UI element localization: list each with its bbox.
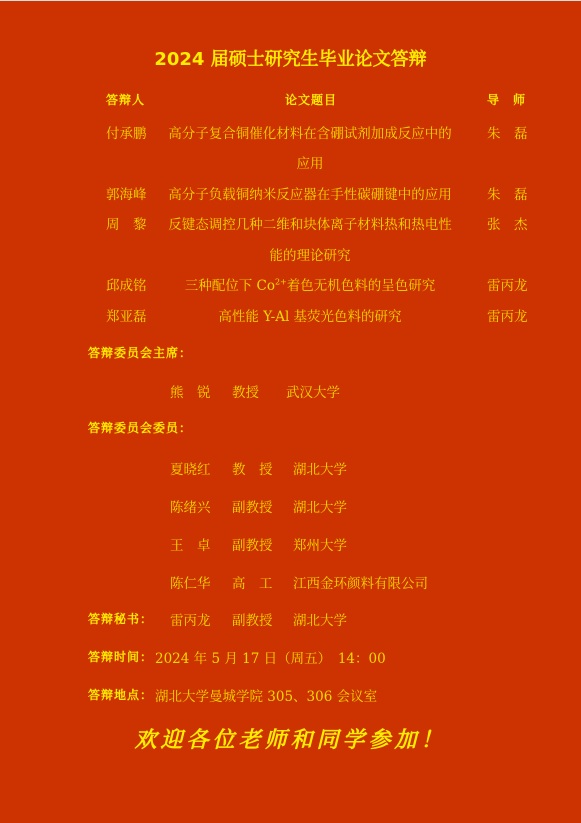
time-label: 答辩时间： <box>88 648 153 665</box>
advisor-name: 朱 磊 <box>487 183 528 203</box>
member-name: 陈绪兴 <box>170 496 211 516</box>
thesis-title-cont: 应用 <box>150 152 470 172</box>
place-value: 湖北大学曼城学院 305、306 会议室 <box>155 685 377 705</box>
member-name: 夏晓红 <box>170 458 211 478</box>
thesis-title: 高分子负载铜纳米反应器在手性碳硼键中的应用 <box>150 183 470 203</box>
chair-name: 熊 锐 <box>170 381 211 401</box>
advisor-name: 雷丙龙 <box>487 274 528 294</box>
member-title: 高 工 <box>232 572 273 592</box>
secretary-org: 湖北大学 <box>293 609 347 629</box>
chair-title: 教授 <box>232 381 259 401</box>
student-name: 邱成铭 <box>106 274 147 294</box>
defense-notice-page: 2024 届硕士研究生毕业论文答辩 答辩人 论文题目 导 师 付承鹏 高分子复合… <box>0 0 581 823</box>
thesis-title: 高性能 Y-Al 基荧光色料的研究 <box>150 305 470 325</box>
thesis-title-part: 着色无机色料的呈色研究 <box>287 278 436 294</box>
superscript: 2+ <box>275 278 287 287</box>
chair-org: 武汉大学 <box>286 381 340 401</box>
advisor-name: 张 杰 <box>487 213 528 233</box>
header-thesis: 论文题目 <box>285 91 337 108</box>
secretary-title: 副教授 <box>232 609 273 629</box>
member-org: 湖北大学 <box>293 458 347 478</box>
thesis-title: 三种配位下 Co2+着色无机色料的呈色研究 <box>150 274 470 294</box>
advisor-name: 朱 磊 <box>487 122 528 142</box>
member-org: 江西金环颜料有限公司 <box>293 572 428 592</box>
chair-label: 答辩委员会主席： <box>88 344 192 361</box>
time-value: 2024 年 5 月 17 日（周五） 14：00 <box>155 647 386 667</box>
thesis-title: 高分子复合铜催化材料在含硼试剂加成反应中的 <box>150 122 470 142</box>
members-label: 答辩委员会委员： <box>88 419 192 436</box>
header-advisor: 导 师 <box>487 91 526 108</box>
secretary-name: 雷丙龙 <box>170 609 211 629</box>
page-title: 2024 届硕士研究生毕业论文答辩 <box>0 45 581 71</box>
thesis-title-cont: 能的理论研究 <box>150 244 470 264</box>
member-title: 副教授 <box>232 534 273 554</box>
member-org: 湖北大学 <box>293 496 347 516</box>
student-name: 郭海峰 <box>106 183 147 203</box>
member-title: 教 授 <box>232 458 273 478</box>
member-org: 郑州大学 <box>293 534 347 554</box>
advisor-name: 雷丙龙 <box>487 305 528 325</box>
student-name: 郑亚磊 <box>106 305 147 325</box>
student-name: 周 黎 <box>106 213 147 233</box>
place-label: 答辩地点： <box>88 686 153 703</box>
thesis-title: 反键态调控几种二维和块体离子材料热和热电性 <box>150 213 470 233</box>
secretary-label: 答辩秘书： <box>88 610 153 627</box>
thesis-title-part: 三种配位下 Co <box>185 278 275 294</box>
header-student: 答辩人 <box>106 91 145 108</box>
member-title: 副教授 <box>232 496 273 516</box>
member-name: 王 卓 <box>170 534 211 554</box>
student-name: 付承鹏 <box>106 122 147 142</box>
welcome-message: 欢迎各位老师和同学参加！ <box>0 723 581 754</box>
member-name: 陈仁华 <box>170 572 211 592</box>
